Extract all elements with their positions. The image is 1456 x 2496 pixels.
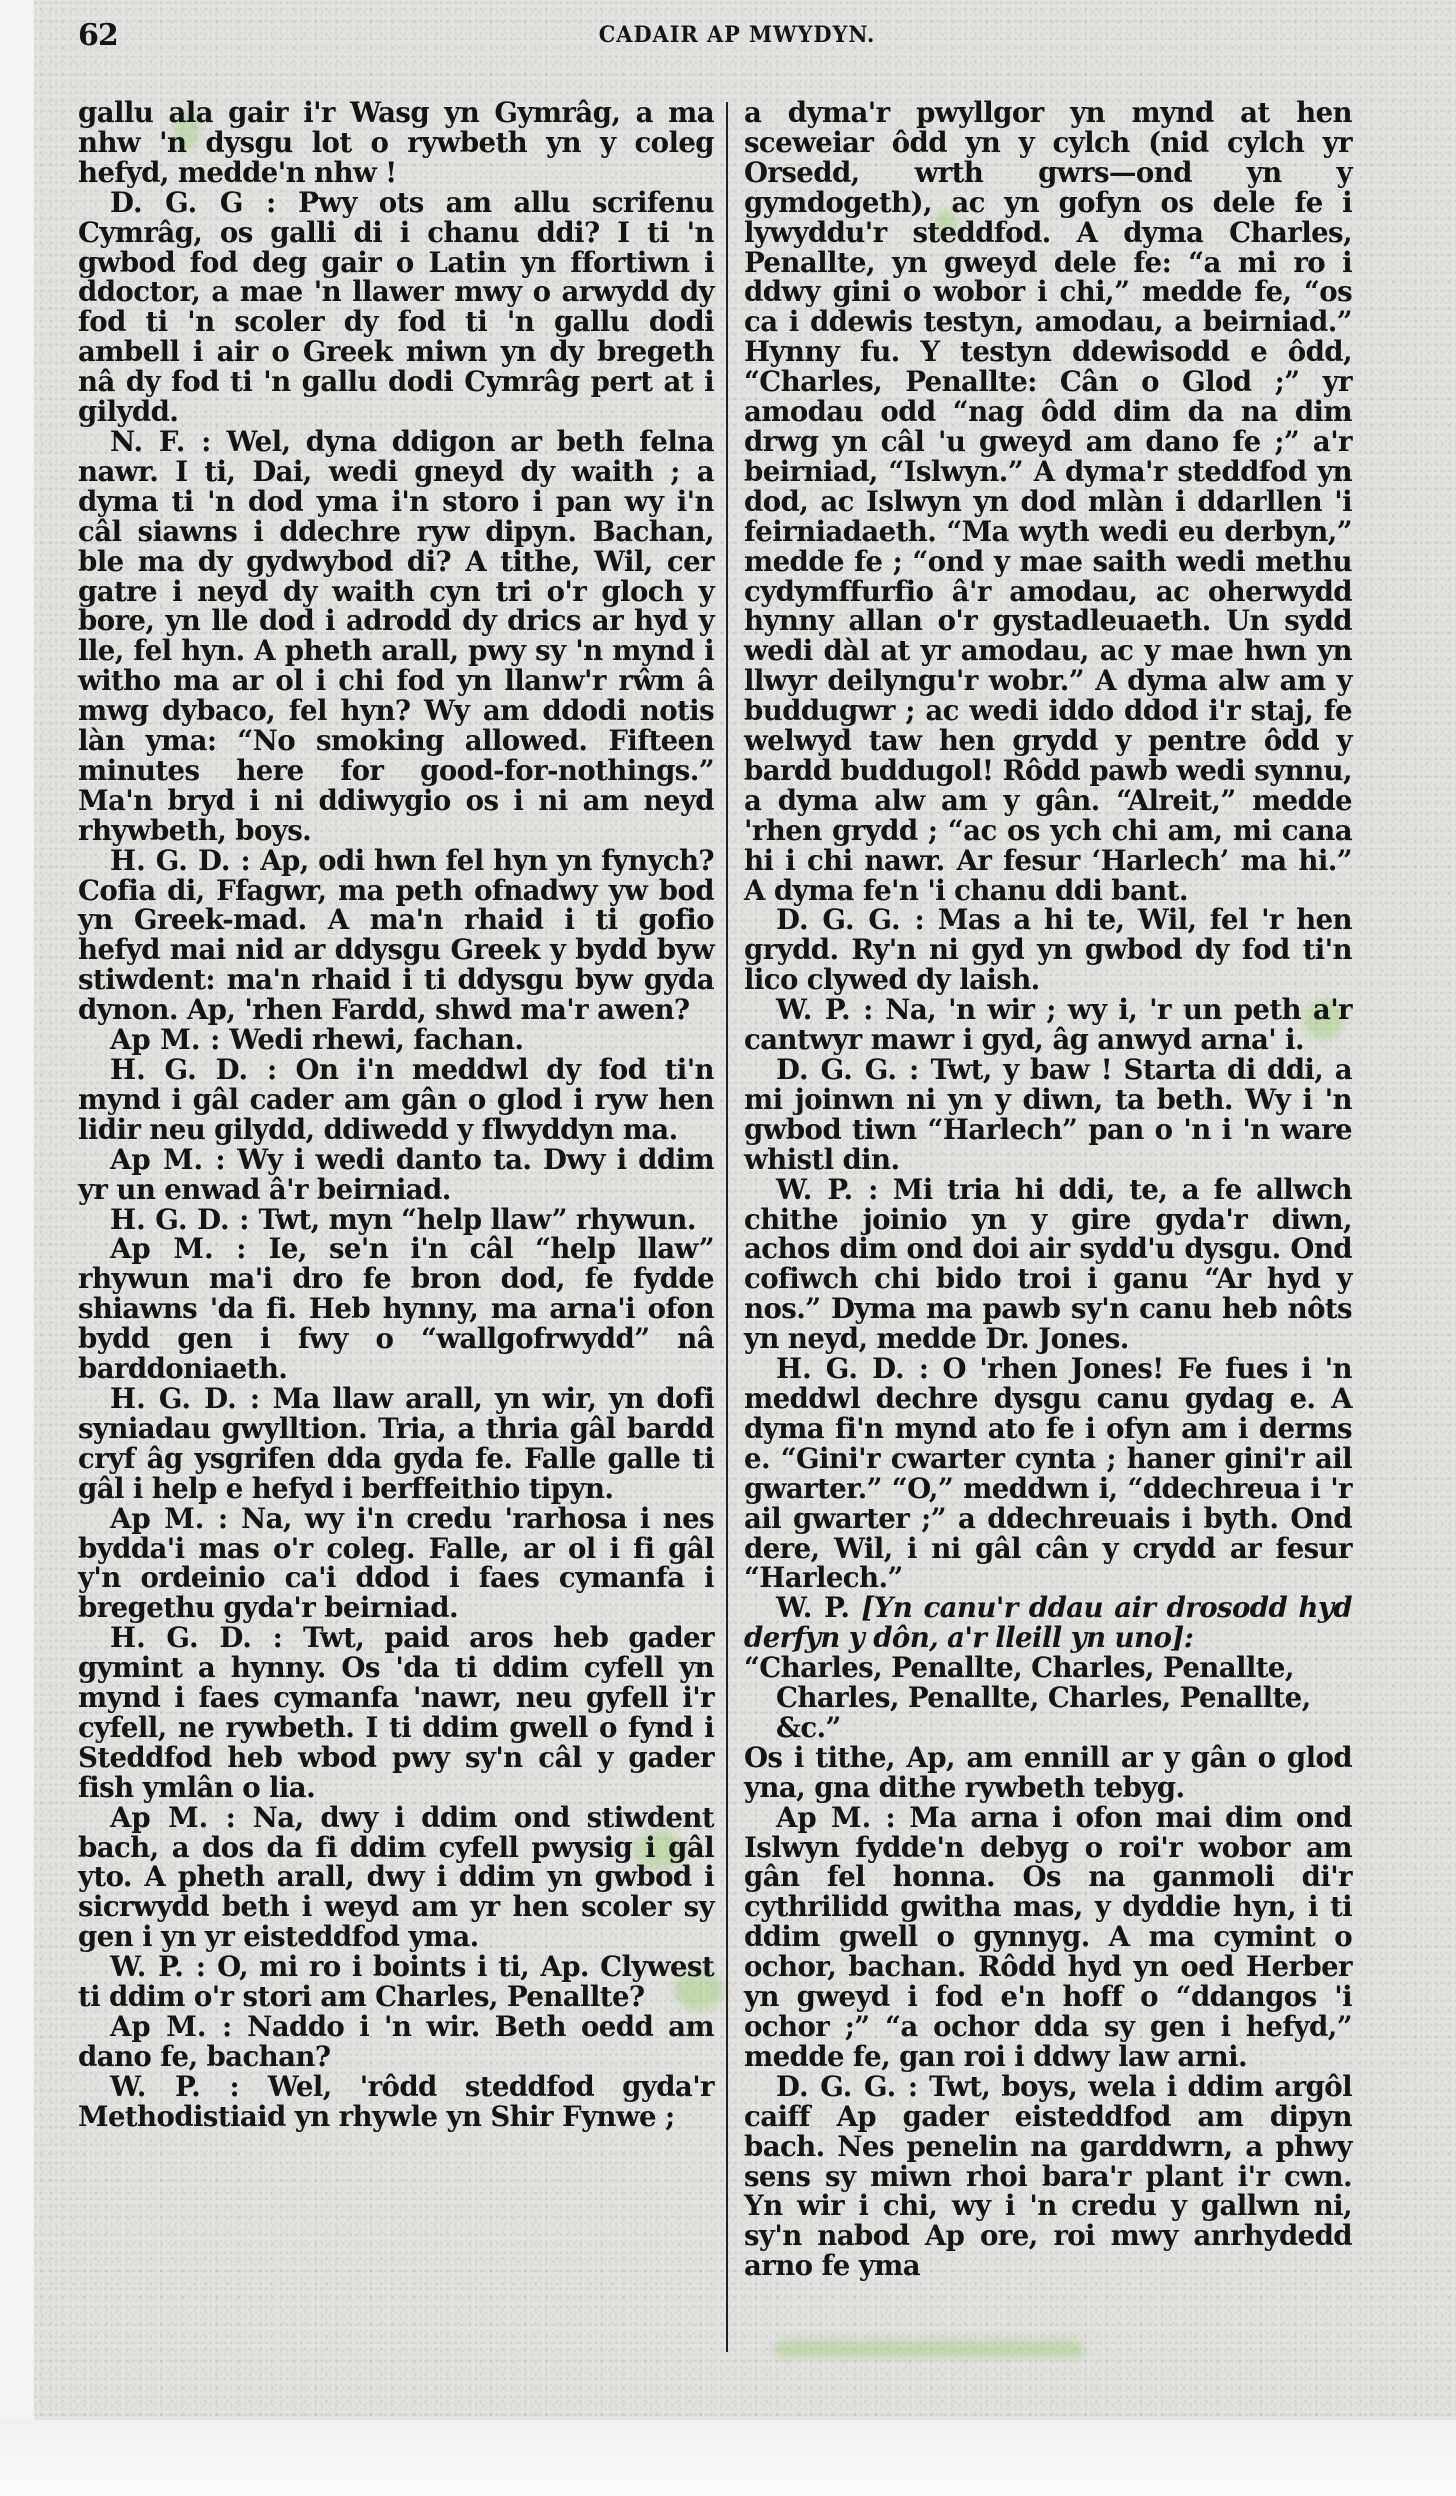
- dialogue-paragraph: H. G. D. : O 'rhen Jones! Fe fues i 'n m…: [744, 1354, 1352, 1593]
- speaker-label: H. G. D. :: [776, 1352, 929, 1385]
- page-edge: [0, 2420, 1456, 2496]
- dialogue-paragraph: Os i tithe, Ap, am ennill ar y gân o glo…: [744, 1743, 1352, 1803]
- paragraph-text: Ma arna i ofon mai dim ond Islwyn fydde'…: [744, 1801, 1352, 2073]
- dialogue-paragraph: W. P. : Mi tria hi ddi, te, a fe allwch …: [744, 1175, 1352, 1354]
- right-column: a dyma'r pwyllgor yn mynd at hen sceweia…: [744, 98, 1352, 2281]
- paragraph-text: Os i tithe, Ap, am ennill ar y gân o glo…: [744, 1741, 1352, 1804]
- dialogue-paragraph: H. G. D. : On i'n meddwl dy fod ti'n myn…: [78, 1055, 714, 1145]
- left-column: gallu ala gair i'r Wasg yn Gymrâg, a ma …: [78, 98, 714, 2132]
- speaker-label: Ap M. :: [110, 1143, 226, 1176]
- column-divider: [726, 102, 728, 2352]
- speaker-label: D. G. G :: [110, 186, 276, 219]
- running-title: CADAIR AP MWYDYN.: [111, 22, 1363, 48]
- dialogue-paragraph: D. G. G. : Mas a hi te, Wil, fel 'r hen …: [744, 905, 1352, 995]
- dialogue-paragraph: Ap M. : Wedi rhewi, fachan.: [78, 1025, 714, 1055]
- speaker-label: H. G. D. :: [110, 1621, 283, 1654]
- dialogue-paragraph: N. F. : Wel, dyna ddigon ar beth felna n…: [78, 427, 714, 846]
- dialogue-paragraph: H. G. D. : Ap, odi hwn fel hyn yn fynych…: [78, 846, 714, 1025]
- paragraph-text: Wedi rhewi, fachan.: [229, 1023, 523, 1056]
- paragraph-text: gallu ala gair i'r Wasg yn Gymrâg, a ma …: [78, 96, 714, 189]
- dialogue-paragraph: W. P. : Wel, 'rôdd steddfod gyda'r Metho…: [78, 2072, 714, 2132]
- dialogue-paragraph: W. P. : O, mi ro i boints i ti, Ap. Clyw…: [78, 1952, 714, 2012]
- speaker-label: H. G. D. :: [110, 1382, 260, 1415]
- dialogue-paragraph: a dyma'r pwyllgor yn mynd at hen sceweia…: [744, 98, 1352, 905]
- speaker-label: Ap M. :: [110, 1023, 220, 1056]
- speaker-label: Ap M. :: [110, 2010, 232, 2043]
- dialogue-paragraph: Ap M. : Na, dwy i ddim ond stiwdent bach…: [78, 1803, 714, 1953]
- dialogue-paragraph: D. G. G. : Twt, y baw ! Starta di ddi, a…: [744, 1055, 1352, 1175]
- paragraph-text: O 'rhen Jones! Fe fues i 'n meddwl dechr…: [744, 1352, 1352, 1594]
- speaker-label: D. G. G. :: [776, 1053, 919, 1086]
- speaker-label: W. P. :: [110, 2070, 240, 2103]
- dialogue-paragraph: H. G. D. : Twt, myn “help llaw” rhywun.: [78, 1205, 714, 1235]
- speaker-label: W. P.: [776, 1591, 850, 1624]
- dialogue-paragraph: W. P. [Yn canu'r ddau air drosodd hyd de…: [744, 1593, 1352, 1653]
- dialogue-paragraph: Ap M. : Na, wy i'n credu 'rarhosa i nes …: [78, 1504, 714, 1624]
- speaker-label: Ap M. :: [776, 1801, 896, 1834]
- paragraph-text: Wel, dyna ddigon ar beth felna nawr. I t…: [78, 425, 714, 847]
- speaker-label: W. P. :: [110, 1950, 206, 1983]
- dialogue-paragraph: Ap M. : Naddo i 'n wir. Beth oedd am dan…: [78, 2012, 714, 2072]
- paragraph-text: a dyma'r pwyllgor yn mynd at hen sceweia…: [744, 96, 1352, 907]
- speaker-label: Ap M. :: [110, 1801, 236, 1834]
- dialogue-paragraph: H. G. D. : Twt, paid aros heb gader gymi…: [78, 1623, 714, 1802]
- speaker-label: Ap M. :: [110, 1232, 246, 1265]
- dialogue-paragraph: Ap M. : Ie, se'n i'n câl “help llaw” rhy…: [78, 1234, 714, 1384]
- speaker-label: W. P. :: [776, 1173, 878, 1206]
- speaker-label: Ap M. :: [110, 1502, 228, 1535]
- highlight-mark: [774, 2340, 1084, 2358]
- running-head: 62 CADAIR AP MWYDYN.: [78, 18, 1396, 58]
- speaker-label: D. G. G. :: [776, 903, 925, 936]
- dialogue-paragraph: Ap M. : Ma arna i ofon mai dim ond Islwy…: [744, 1803, 1352, 2072]
- paragraph-text: Twt, boys, wela i ddim argôl caiff Ap ga…: [744, 2070, 1352, 2282]
- dialogue-paragraph: D. G. G. : Twt, boys, wela i ddim argôl …: [744, 2072, 1352, 2281]
- dialogue-paragraph: H. G. D. : Ma llaw arall, yn wir, yn dof…: [78, 1384, 714, 1504]
- verse-line: “Charles, Penallte, Charles, Penallte,: [744, 1653, 1352, 1683]
- dialogue-paragraph: Ap M. : Wy i wedi danto ta. Dwy i ddim y…: [78, 1145, 714, 1205]
- paragraph-text: Twt, myn “help llaw” rhywun.: [258, 1203, 695, 1236]
- speaker-label: H. G. D. :: [110, 1203, 249, 1236]
- paragraph-text: Pwy ots am allu scrifenu Cymrâg, os gall…: [78, 186, 714, 428]
- speaker-label: D. G. G. :: [776, 2070, 918, 2103]
- dialogue-paragraph: W. P. : Na, 'n wir ; wy i, 'r un peth a'…: [744, 995, 1352, 1055]
- speaker-label: H. G. D. :: [110, 1053, 277, 1086]
- verse-line: Charles, Penallte, Charles, Penallte, &c…: [744, 1683, 1352, 1743]
- speaker-label: W. P. :: [776, 993, 873, 1026]
- speaker-label: N. F. :: [110, 425, 211, 458]
- dialogue-paragraph: gallu ala gair i'r Wasg yn Gymrâg, a ma …: [78, 98, 714, 188]
- speaker-label: H. G. D. :: [110, 844, 251, 877]
- dialogue-paragraph: D. G. G : Pwy ots am allu scrifenu Cymrâ…: [78, 188, 714, 427]
